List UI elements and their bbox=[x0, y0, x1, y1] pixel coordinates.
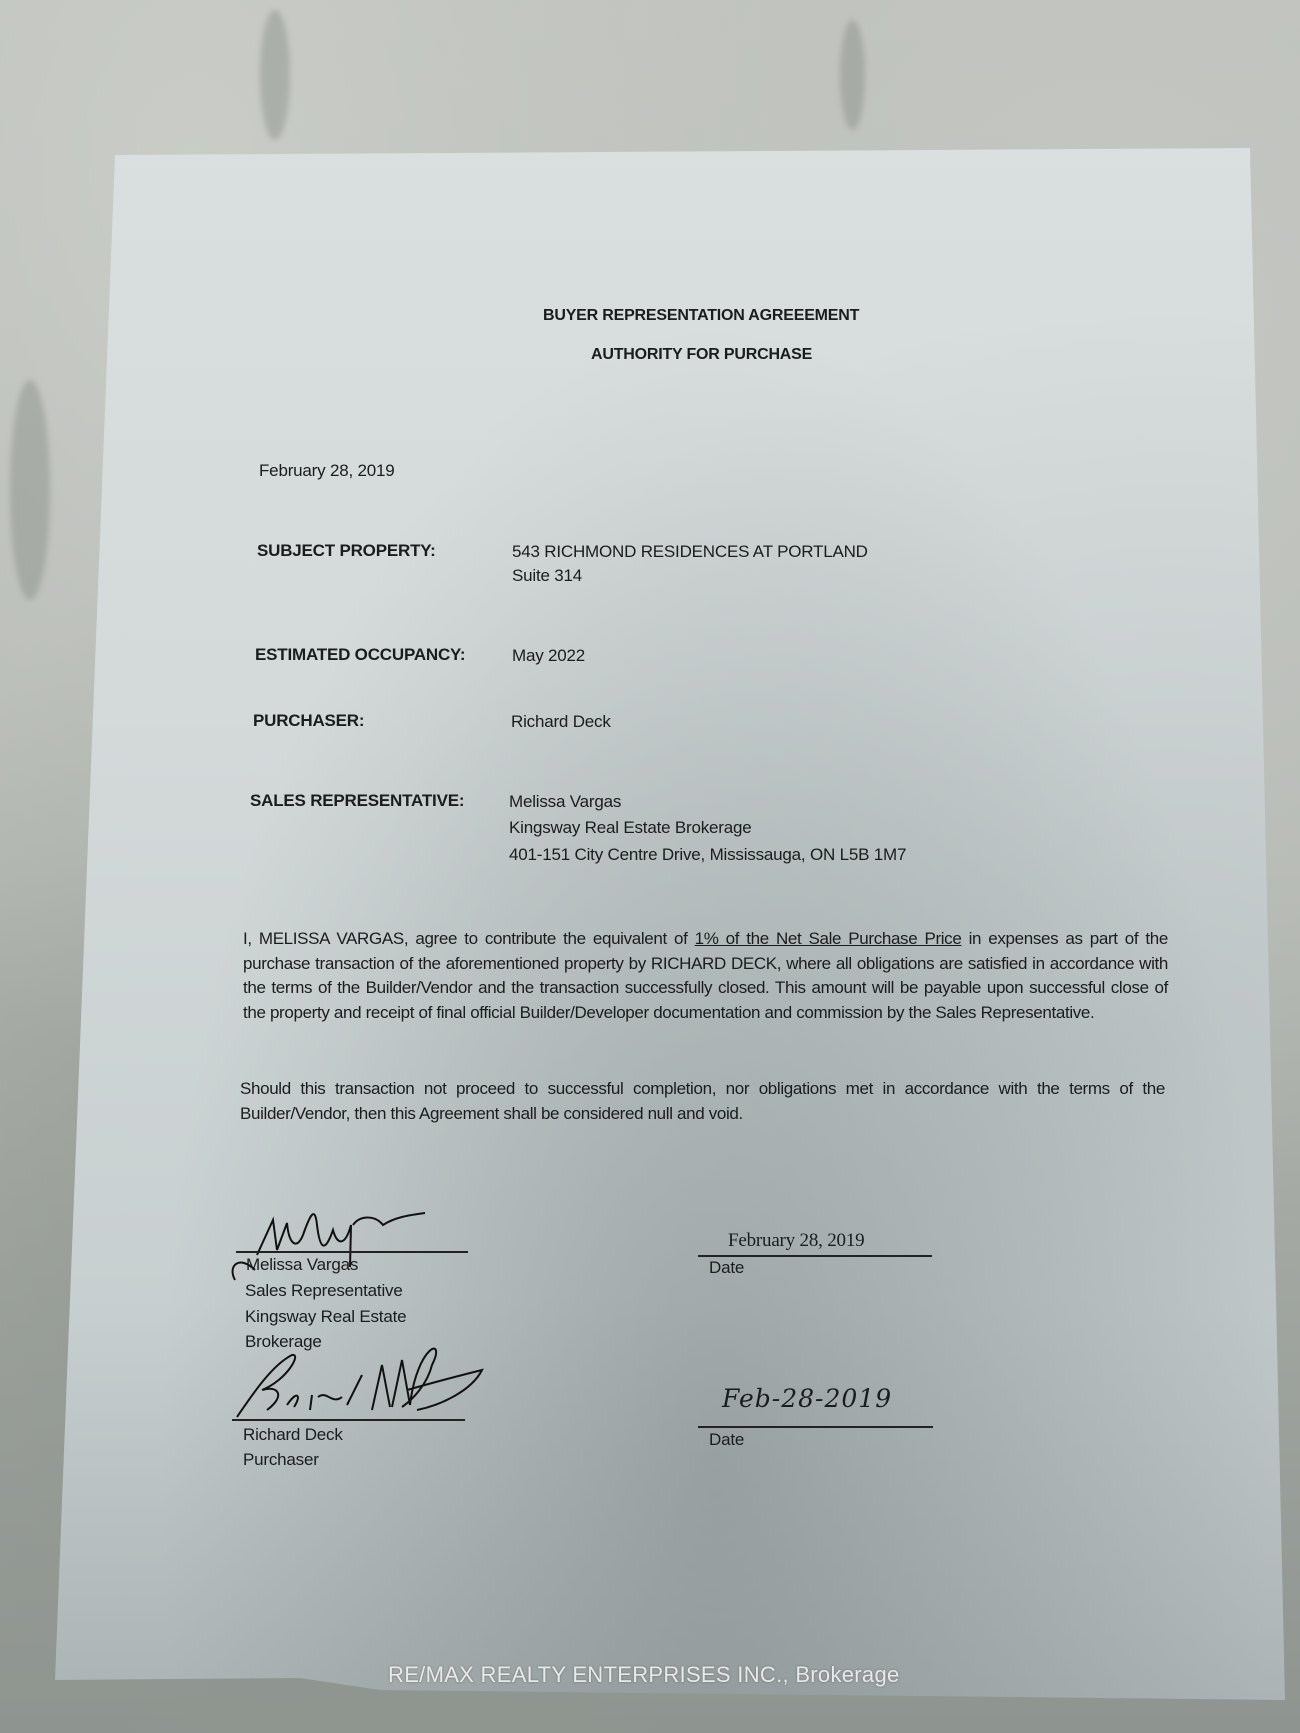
sales-rep-address: 401-151 City Centre Drive, Mississauga, … bbox=[509, 845, 906, 865]
purchaser-date-line bbox=[698, 1426, 933, 1428]
rep-date-line bbox=[698, 1255, 932, 1257]
purchaser-label: PURCHASER: bbox=[253, 711, 364, 731]
document-title: BUYER REPRESENTATION AGREEEMENT bbox=[543, 307, 859, 325]
sales-rep-name: Melissa Vargas bbox=[509, 792, 621, 812]
terms-underlined-amount: 1% of the Net Sale Purchase Price bbox=[695, 929, 962, 948]
estimated-occupancy-label: ESTIMATED OCCUPANCY: bbox=[255, 645, 465, 665]
sales-rep-brokerage: Kingsway Real Estate Brokerage bbox=[509, 818, 752, 838]
terms-text-before: I, MELISSA VARGAS, agree to contribute t… bbox=[243, 929, 695, 948]
paper-document bbox=[0, 0, 1300, 1733]
subject-property-suite: Suite 314 bbox=[512, 566, 582, 586]
rep-date-value: February 28, 2019 bbox=[728, 1230, 864, 1252]
document-subtitle: AUTHORITY FOR PURCHASE bbox=[591, 346, 812, 364]
countertop-texture bbox=[10, 380, 50, 600]
purchaser-value: Richard Deck bbox=[511, 712, 611, 732]
agreement-paragraph-void: Should this transaction not proceed to s… bbox=[240, 1077, 1165, 1126]
document-date: February 28, 2019 bbox=[259, 461, 395, 481]
subject-property-value: 543 RICHMOND RESIDENCES AT PORTLAND bbox=[512, 542, 868, 562]
purchaser-title: Purchaser bbox=[243, 1450, 319, 1470]
sales-representative-label: SALES REPRESENTATIVE: bbox=[250, 791, 464, 811]
estimated-occupancy-value: May 2022 bbox=[512, 646, 585, 666]
purchaser-date-handwritten: Feb-28-2019 bbox=[722, 1384, 892, 1413]
rep-date-label: Date bbox=[709, 1258, 744, 1278]
rep-company-line1: Kingsway Real Estate bbox=[245, 1307, 406, 1327]
purchaser-signature-icon bbox=[232, 1335, 532, 1425]
subject-property-label: SUBJECT PROPERTY: bbox=[257, 541, 436, 561]
rep-signature-line bbox=[236, 1251, 468, 1253]
rep-title: Sales Representative bbox=[245, 1281, 403, 1301]
brokerage-watermark: RE/MAX REALTY ENTERPRISES INC., Brokerag… bbox=[388, 1662, 900, 1688]
purchaser-date-label: Date bbox=[709, 1430, 744, 1450]
countertop-texture bbox=[840, 20, 865, 130]
purchaser-name: Richard Deck bbox=[243, 1425, 343, 1445]
rep-name: Melissa Vargas bbox=[246, 1255, 358, 1275]
agreement-paragraph-terms: I, MELISSA VARGAS, agree to contribute t… bbox=[243, 927, 1168, 1025]
purchaser-signature-line bbox=[232, 1419, 465, 1421]
countertop-texture bbox=[260, 10, 290, 140]
